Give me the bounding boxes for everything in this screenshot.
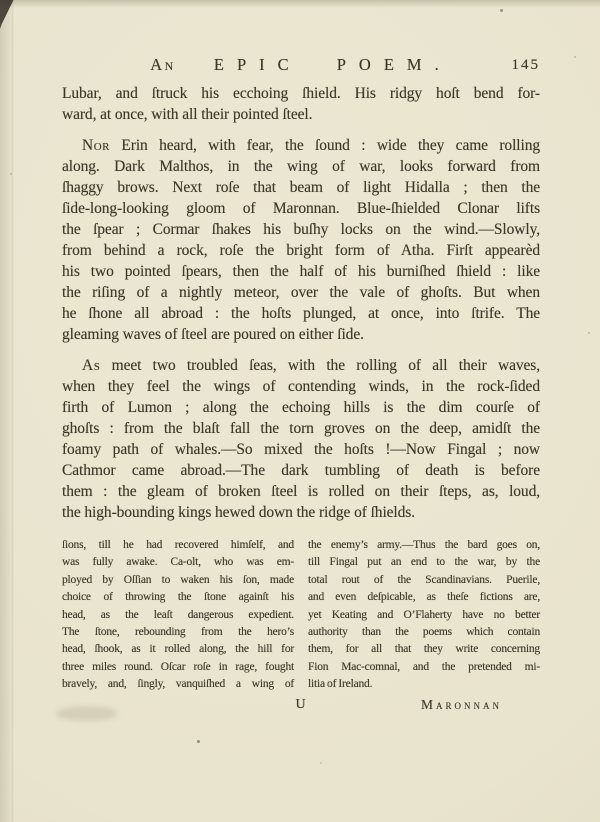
text-line: The ſtone, rebounding from the hero’s xyxy=(62,624,294,641)
text-line: ſions, till he had recovered himſelf, an… xyxy=(62,537,294,554)
paper-speck xyxy=(574,56,576,58)
text-line: total rout of the Scandinavians. Puerile… xyxy=(308,572,540,589)
footnote-column-right: the enemy’s army.—Thus the bard goes on,… xyxy=(308,537,540,694)
signature-mark: U xyxy=(295,697,306,713)
text-line: them, for all that they write concerning xyxy=(308,641,540,658)
paper-speck xyxy=(500,9,503,12)
text-line: along. Dark Malthos, in the wing of war,… xyxy=(62,156,540,177)
text-line: head, as the leaſt dangerous expedient. xyxy=(62,607,294,624)
text-line: yet Keating and O’Flaherty have no bette… xyxy=(308,607,540,624)
text-line: gleaming waves of ſteel are poured on ei… xyxy=(62,324,540,345)
text-line: his two pointed ſpears, then the half of… xyxy=(62,261,540,282)
text-line: Fion Mac-comnal, and the pretended mi- xyxy=(308,659,540,676)
paper-speck xyxy=(588,332,590,334)
text-line: Nor Erin heard, with fear, the ſound : w… xyxy=(62,135,540,156)
text-line: he ſhone all abroad : the hoſts plunged,… xyxy=(62,303,540,324)
catchword: Maronnan xyxy=(421,697,502,713)
text-line: the ſpear ; Cormar ſhakes his buſhy lock… xyxy=(62,219,540,240)
page-number: 145 xyxy=(512,57,541,74)
text-line: bravely, and, ſingly, vanquiſhed a wing … xyxy=(62,676,294,693)
text-line: them : the gleam of broken ſteel is roll… xyxy=(62,481,540,502)
text-line: As meet two troubled ſeas, with the roll… xyxy=(62,355,540,376)
text-line: the high-bounding kings hewed down the r… xyxy=(62,502,540,523)
body-text: Lubar, and ſtruck his ecchoing ſhield. H… xyxy=(62,83,540,523)
text-line: when they feel the wings of contending w… xyxy=(62,376,540,397)
text-line: from behind a rock, roſe the bright form… xyxy=(62,240,540,261)
text-line: the riſing of a nightly meteor, over the… xyxy=(62,282,540,303)
text-line: authority than the poems which contain xyxy=(308,624,540,641)
paper-speck xyxy=(320,762,322,764)
text-line: three miles round. Oſcar roſe in rage, f… xyxy=(62,659,294,676)
text-line: foamy path of whales.—So mixed the hoſts… xyxy=(62,439,540,460)
header-article: An xyxy=(150,55,176,74)
running-header: AnEPIC POEM. 145 xyxy=(62,55,540,75)
text-line: ſide-long-looking gloom of Maronnan. Blu… xyxy=(62,198,540,219)
header-title: EPIC POEM. xyxy=(214,55,452,74)
paper-speck xyxy=(197,740,200,743)
text-line: ghoſts : from the blaſt fall the torn gr… xyxy=(62,418,540,439)
text-block: AnEPIC POEM. 145 Lubar, and ſtruck his e… xyxy=(62,55,540,717)
paper-speck xyxy=(10,173,12,175)
text-line: and even deſpicable, as theſe fictions a… xyxy=(308,589,540,606)
text-line: choice of throwing the ſtone againſt his xyxy=(62,589,294,606)
text-line: head, ſhook, as it rolled along, the hil… xyxy=(62,641,294,658)
footnote-column-left: ſions, till he had recovered himſelf, an… xyxy=(62,537,294,694)
footnotes: ſions, till he had recovered himſelf, an… xyxy=(62,537,540,694)
text-line: the enemy’s army.—Thus the bard goes on, xyxy=(308,537,540,554)
small-caps-lead-word: As xyxy=(82,357,100,374)
text-line: ward, at once, with all their pointed ſt… xyxy=(62,104,540,125)
text-line: Cathmor came abroad.—The dark tumbling o… xyxy=(62,460,540,481)
signature-row: U Maronnan xyxy=(62,697,540,717)
small-caps-lead-word: Nor xyxy=(82,137,110,154)
paragraph: Nor Erin heard, with fear, the ſound : w… xyxy=(62,135,540,345)
text-line: firth of Lumon ; along the echoing hills… xyxy=(62,397,540,418)
text-line: was fully awake. Ca-olt, who was em- xyxy=(62,554,294,571)
paragraph: As meet two troubled ſeas, with the roll… xyxy=(62,355,540,523)
paragraph: Lubar, and ſtruck his ecchoing ſhield. H… xyxy=(62,83,540,125)
text-line: ſhaggy brows. Next roſe that beam of lig… xyxy=(62,177,540,198)
text-line: ployed by Oſſian to waken his ſon, made xyxy=(62,572,294,589)
text-line: Lubar, and ſtruck his ecchoing ſhield. H… xyxy=(62,83,540,104)
text-line: litia of Ireland. xyxy=(308,676,540,693)
paper-crease xyxy=(11,0,14,822)
text-line: till Fingal put an end to the war, by th… xyxy=(308,554,540,571)
scanned-book-page: AnEPIC POEM. 145 Lubar, and ſtruck his e… xyxy=(0,0,600,822)
